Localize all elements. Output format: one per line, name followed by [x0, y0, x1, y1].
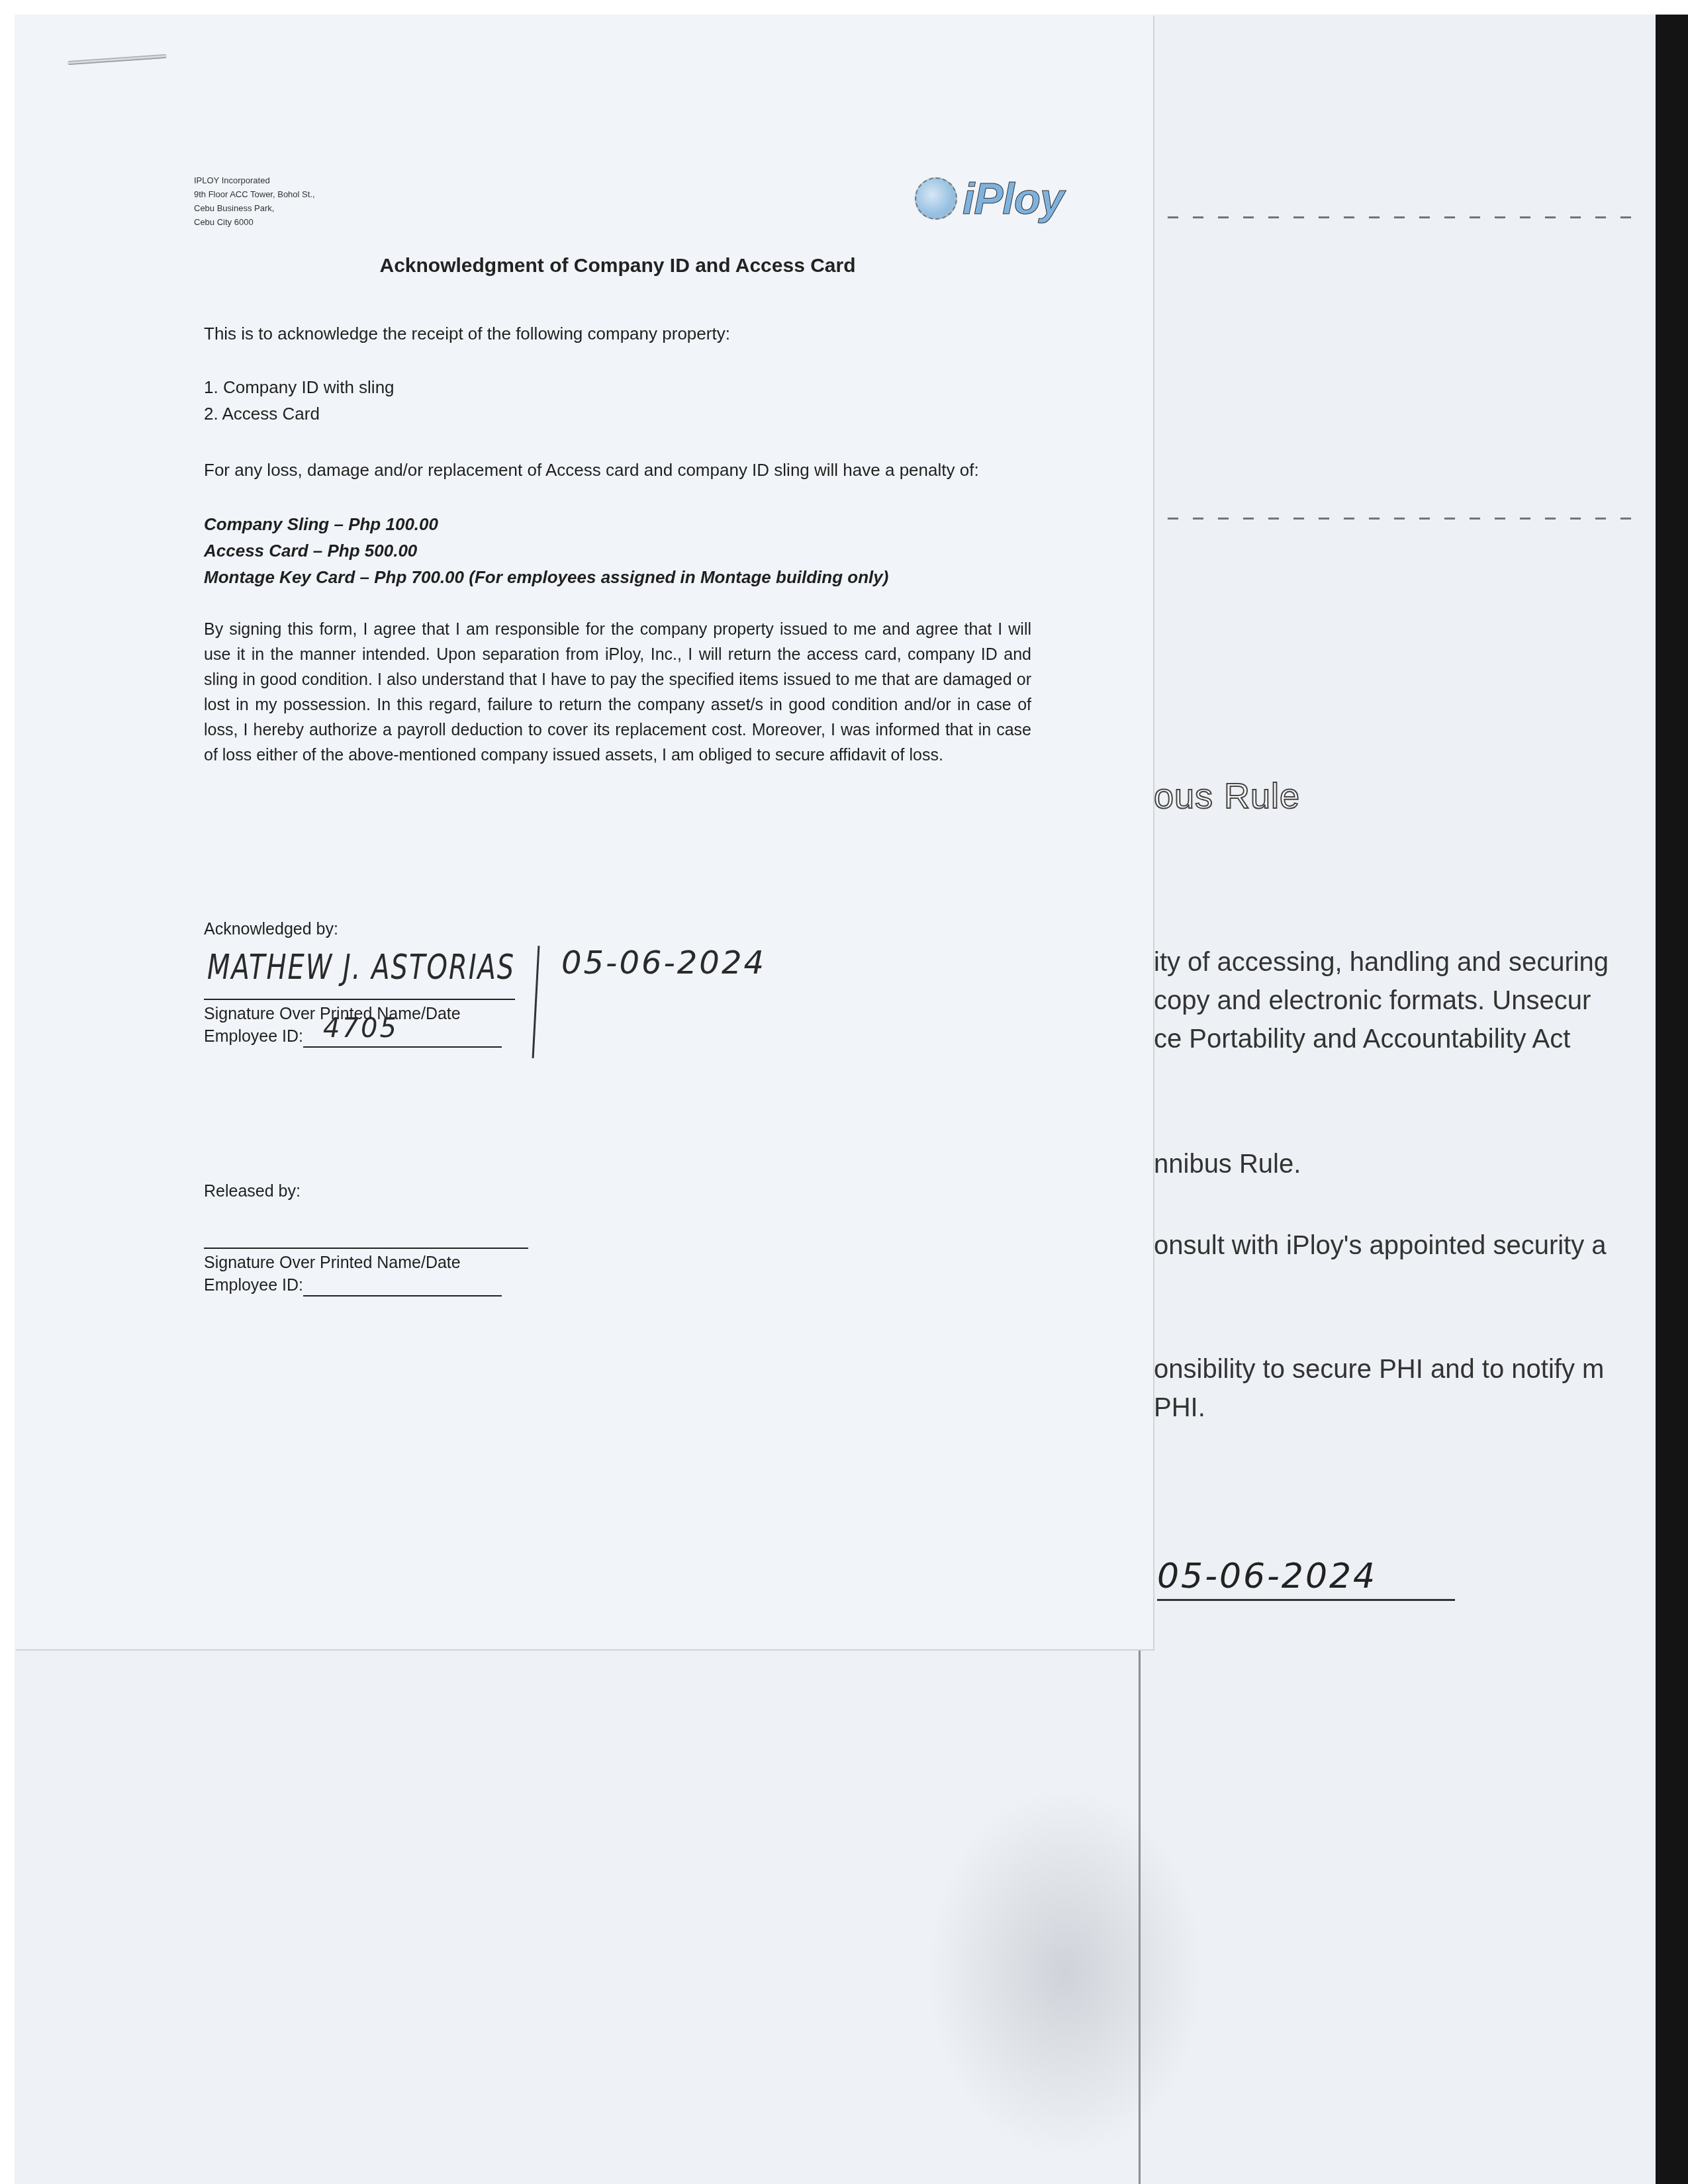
acknowledged-by-block: Acknowledged by: MATHEW J. ASTORIAS 05-0…: [204, 920, 515, 1048]
employee-id-label: Employee ID:: [204, 1274, 303, 1297]
staple-icon: [68, 54, 167, 65]
employee-id-row: Employee ID:: [204, 1274, 528, 1297]
back-page-line: PHI.: [1154, 1393, 1205, 1423]
handwritten-signature-name: MATHEW J. ASTORIAS: [207, 948, 515, 987]
employee-id-label: Employee ID:: [204, 1025, 303, 1048]
back-page-heading: ous Rule: [1154, 776, 1300, 817]
employee-id-field: 4705: [303, 1029, 502, 1048]
scan-smudge: [927, 1787, 1205, 2158]
faint-text-line: [1160, 518, 1637, 520]
document-body: Acknowledgment of Company ID and Access …: [204, 255, 1031, 784]
logo-text: iPloy: [962, 173, 1064, 224]
penalty-intro: For any loss, damage and/or replacement …: [204, 457, 1031, 483]
penalty-item: Access Card – Php 500.00: [204, 537, 1031, 564]
property-item: 1. Company ID with sling: [204, 374, 1031, 400]
globe-icon: [915, 177, 957, 220]
property-list: 1. Company ID with sling 2. Access Card: [204, 374, 1031, 427]
back-page-line: copy and electronic formats. Unsecur: [1154, 986, 1591, 1016]
letterhead-line: Cebu City 6000: [194, 215, 315, 229]
employee-id-field: [303, 1278, 502, 1297]
back-page-handwritten-date: 05-06-2024: [1157, 1557, 1455, 1601]
penalty-item: Company Sling – Php 100.00: [204, 511, 1031, 537]
document-title: Acknowledgment of Company ID and Access …: [204, 255, 1031, 277]
signature-line: MATHEW J. ASTORIAS 05-06-2024: [204, 939, 515, 1000]
penalty-item: Montage Key Card – Php 700.00 (For emplo…: [204, 564, 1031, 590]
back-page-line: ity of accessing, handling and securing: [1154, 948, 1609, 978]
scanner-edge: [1654, 15, 1688, 2184]
acknowledged-by-label: Acknowledged by:: [204, 920, 515, 939]
released-by-block: Released by: Signature Over Printed Name…: [204, 1182, 528, 1297]
penalty-list: Company Sling – Php 100.00 Access Card –…: [204, 511, 1031, 590]
signature-caption: Signature Over Printed Name/Date: [204, 1251, 528, 1274]
back-page-line: onsult with iPloy's appointed security a: [1154, 1231, 1607, 1261]
company-logo: iPloy: [915, 173, 1064, 224]
employee-id-value: 4705: [323, 1017, 399, 1040]
handwritten-date: 05-06-2024: [561, 944, 766, 981]
employee-id-row: Employee ID: 4705: [204, 1025, 515, 1048]
agreement-text: By signing this form, I agree that I am …: [204, 617, 1031, 768]
faint-text-line: [1160, 216, 1637, 218]
letterhead-address: IPLOY Incorporated 9th Floor ACC Tower, …: [194, 173, 315, 229]
back-page-line: onsibility to secure PHI and to notify m: [1154, 1355, 1604, 1385]
released-by-label: Released by:: [204, 1182, 528, 1201]
back-page-line: ce Portability and Accountability Act: [1154, 1024, 1570, 1054]
signature-line: [204, 1201, 528, 1249]
letterhead-line: Cebu Business Park,: [194, 201, 315, 215]
intro-text: This is to acknowledge the receipt of th…: [204, 324, 1031, 344]
property-item: 2. Access Card: [204, 400, 1031, 427]
letterhead-line: 9th Floor ACC Tower, Bohol St.,: [194, 187, 315, 201]
back-page-line: nnibus Rule.: [1154, 1150, 1301, 1179]
back-page-hipaa: ous Rule ity of accessing, handling and …: [1139, 15, 1656, 2184]
letterhead-line: IPLOY Incorporated: [194, 173, 315, 187]
